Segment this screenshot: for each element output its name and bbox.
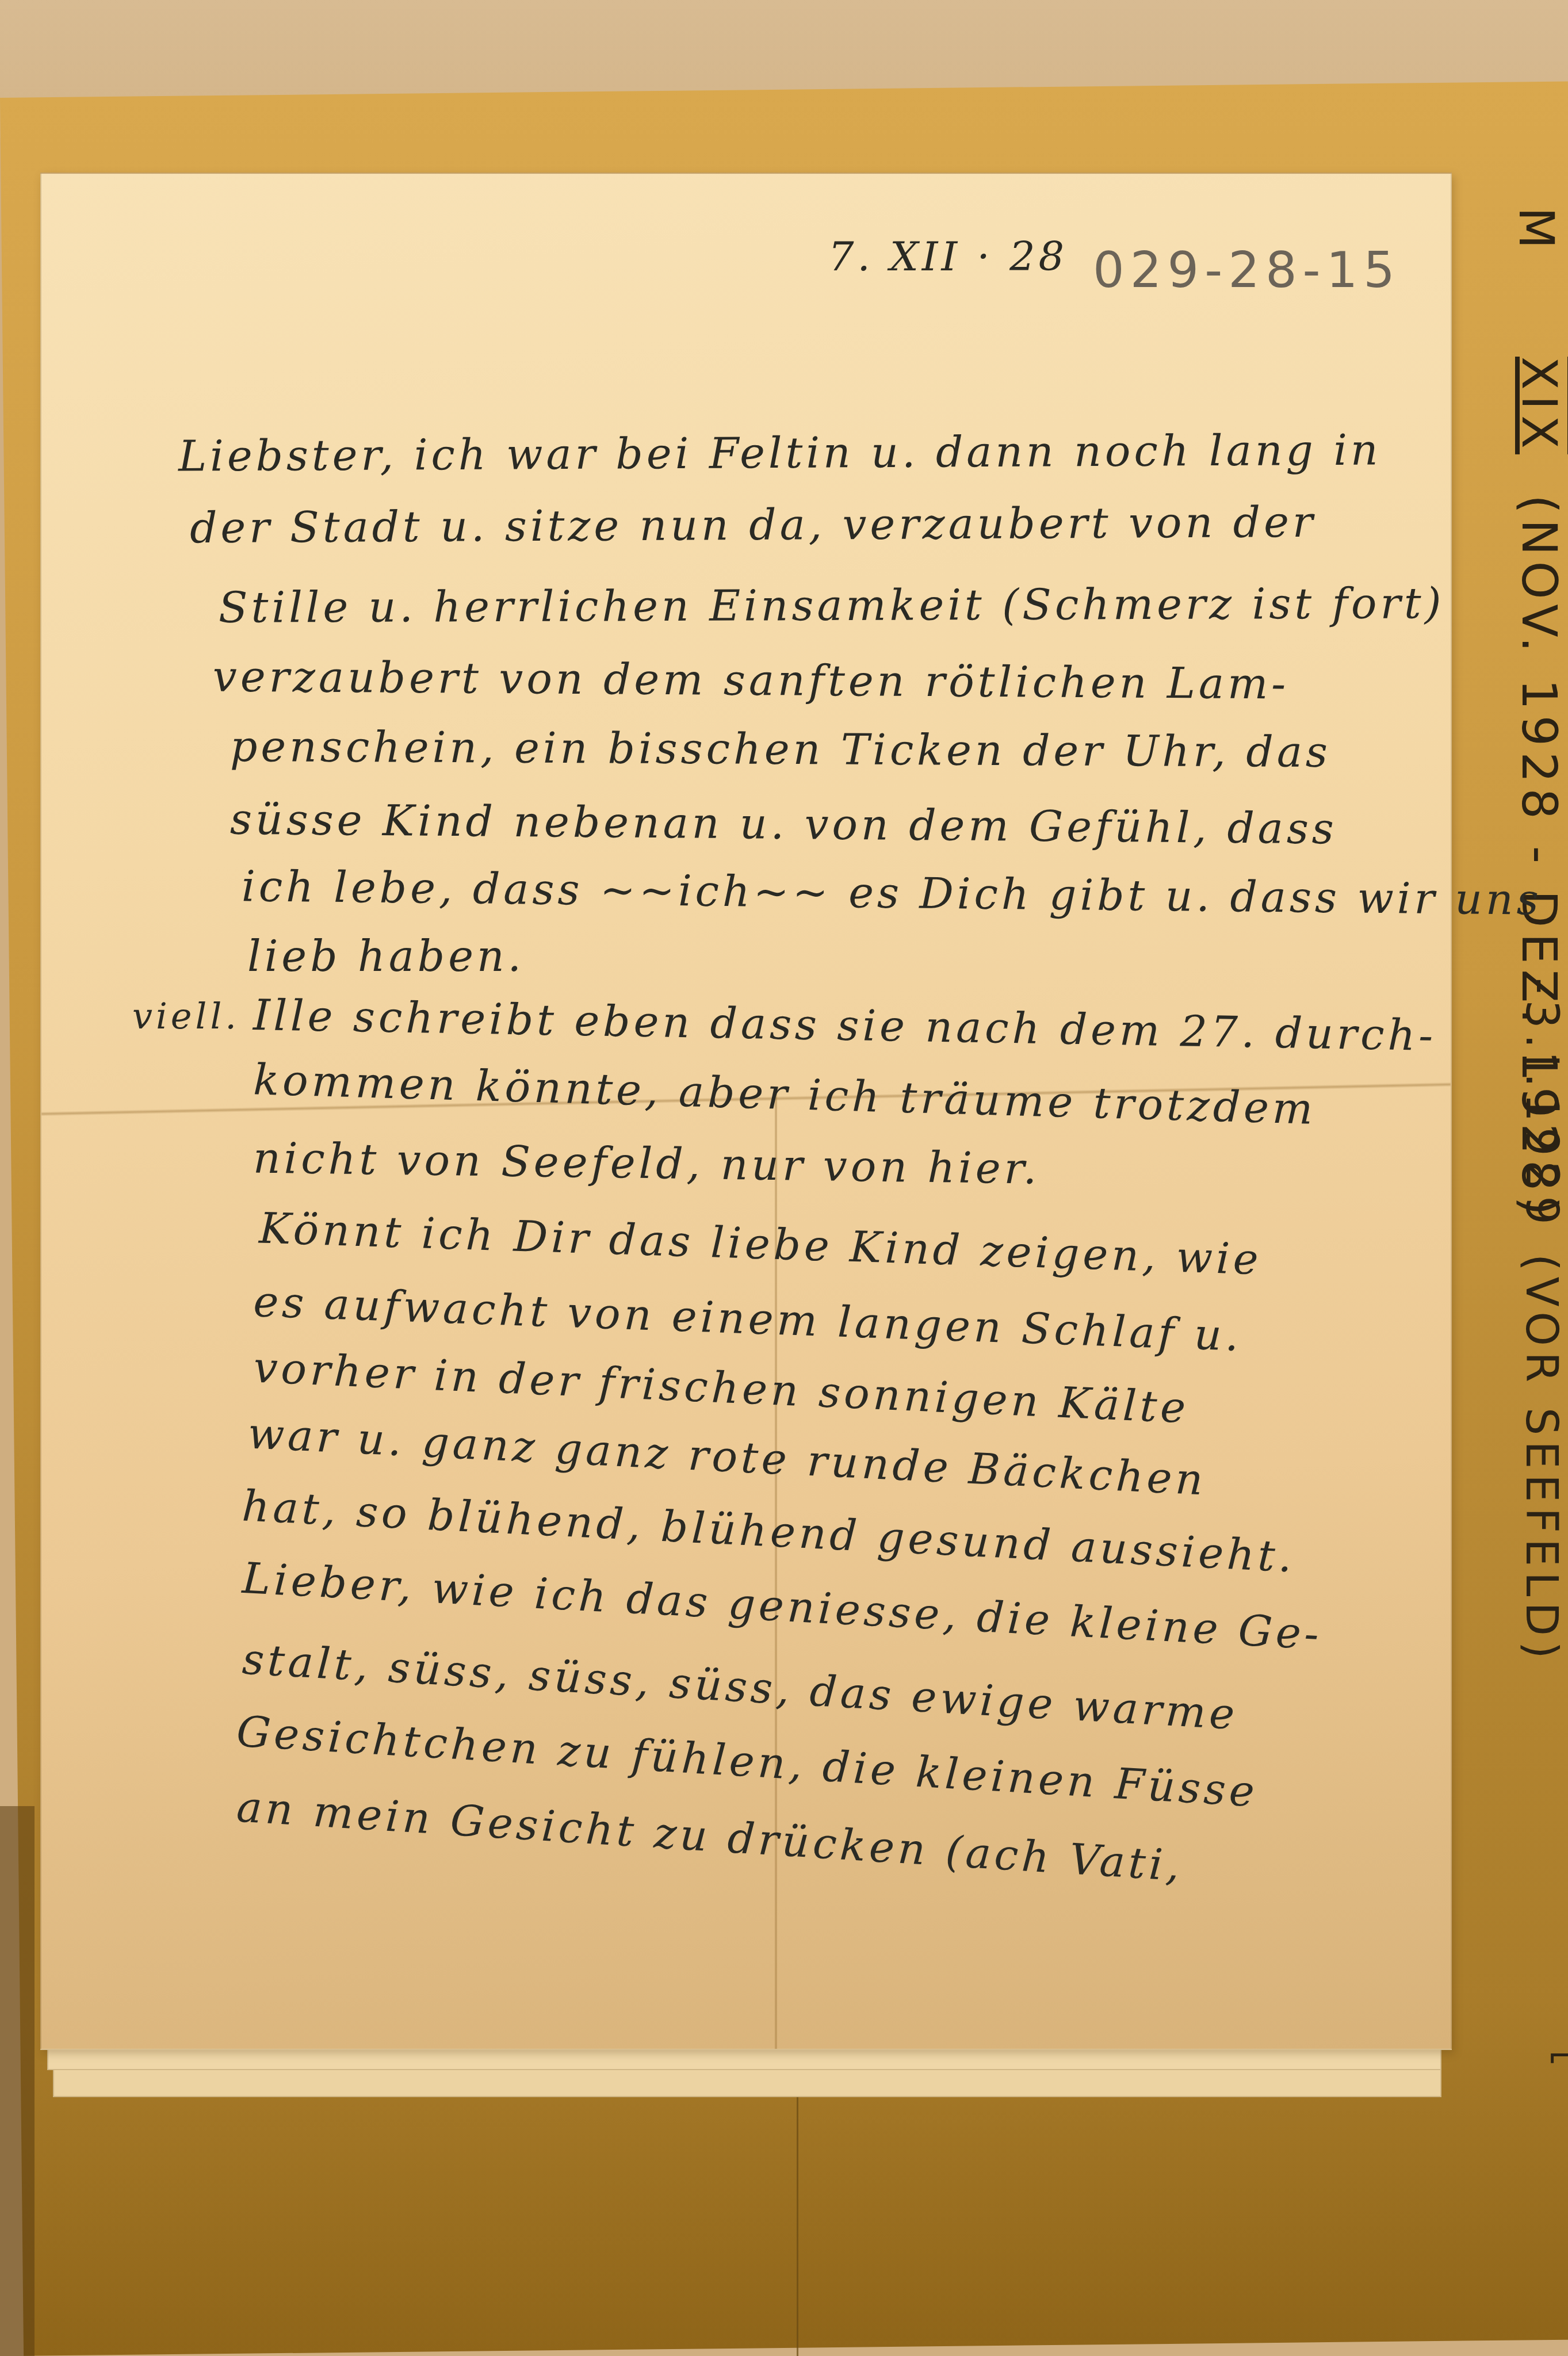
folder-label-numeral: XIX: [1511, 357, 1567, 454]
folder-label-letter: M: [1508, 207, 1565, 254]
letter-date: 7. XII · 28: [828, 233, 1068, 280]
margin-note: viell.: [132, 995, 240, 1037]
letter-line: Stille u. herrlichen Einsamkeit (Schmerz…: [219, 579, 1445, 632]
folder-corner-mark: ⌐: [1547, 2036, 1568, 2076]
letter-line: penschein, ein bisschen Ticken der Uhr, …: [230, 722, 1331, 777]
folder-edge-shadow: [0, 1806, 35, 2356]
folder-label-note: (VOR SEEFELD): [1516, 1254, 1567, 1665]
letter-line: Liebster, ich war bei Feltin u. dann noc…: [178, 426, 1382, 481]
letter-line: lieb haben.: [247, 932, 525, 981]
letter-line: der Stadt u. sitze nun da, verzaubert vo…: [190, 498, 1317, 553]
letter-line: süsse Kind nebenan u. von dem Gefühl, da…: [230, 795, 1338, 854]
letter-line: verzaubert von dem sanften rötlichen Lam…: [213, 652, 1290, 709]
archive-number: 029-28-15: [1093, 242, 1401, 299]
folder-label-end-date: -3.I.1929: [1516, 978, 1567, 1230]
